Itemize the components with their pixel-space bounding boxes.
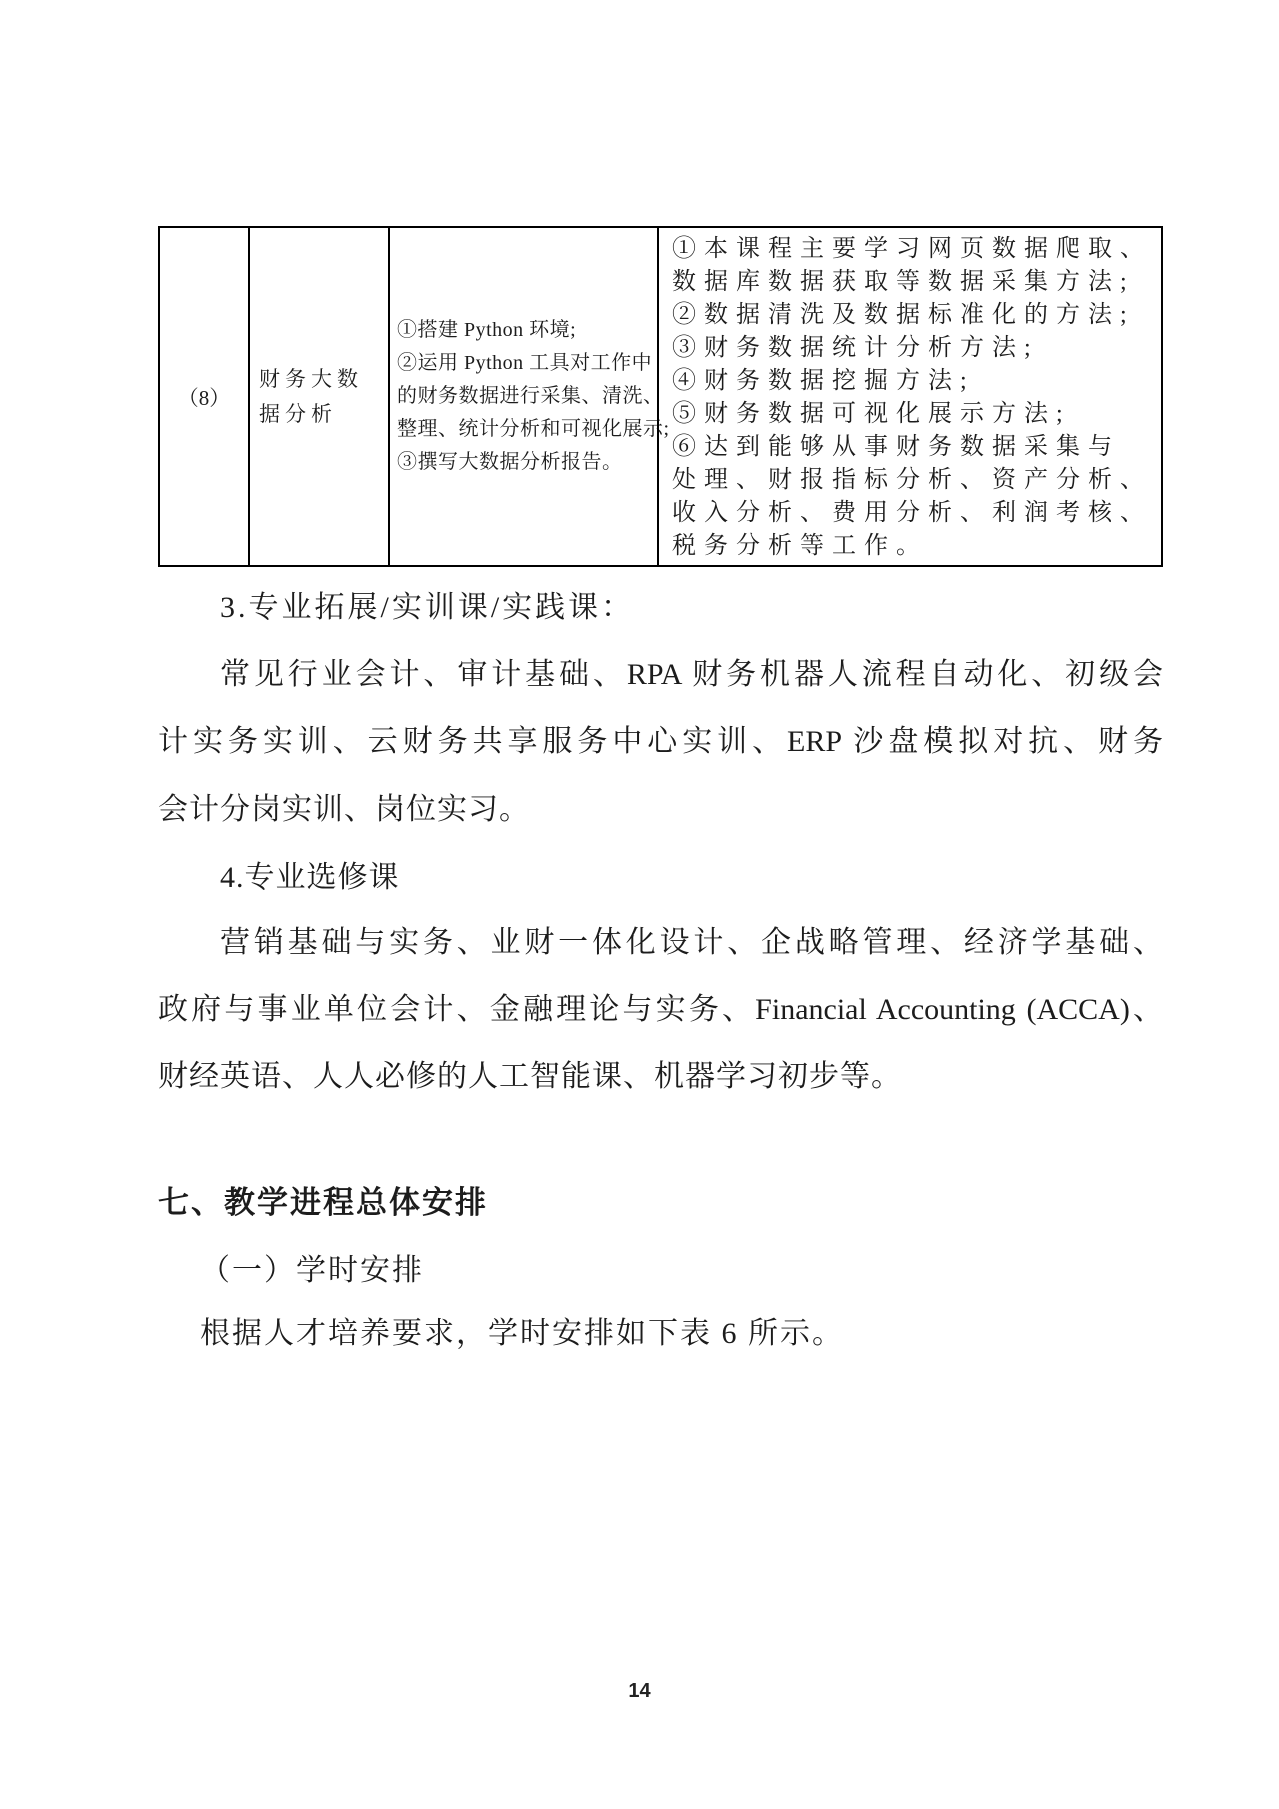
section-4-heading: 4.专业选修课 <box>158 858 1163 898</box>
table-cell-index: （8） <box>160 228 248 565</box>
section-3-heading: 3.专业拓展/实训课/实践课： <box>158 588 1163 628</box>
course-name-line: 财务大数 <box>259 362 388 397</box>
subsection-text: 根据人才培养要求，学时安排如下表 6 所示。 <box>158 1314 1163 1354</box>
row-index: （8） <box>178 382 231 412</box>
document-page: （8） 财务大数 据分析 ①搭建 Python 环境; ②运用 Python 工… <box>0 0 1279 1809</box>
table-cell-tasks: ①搭建 Python 环境; ②运用 Python 工具对工作中 的财务数据进行… <box>388 228 657 565</box>
task-line: ①搭建 Python 环境; <box>397 314 657 347</box>
course-name-line: 据分析 <box>259 397 388 432</box>
paragraph-2-line: 政府与事业单位会计、金融理论与实务、Financial Accounting (… <box>158 990 1163 1030</box>
paragraph-1-line: 常见行业会计、审计基础、RPA 财务机器人流程自动化、初级会 <box>158 655 1163 695</box>
task-line: 整理、统计分析和可视化展示; <box>397 413 657 446</box>
course-table: （8） 财务大数 据分析 ①搭建 Python 环境; ②运用 Python 工… <box>158 226 1163 567</box>
outcome-line: ④财务数据挖掘方法; <box>672 365 1157 398</box>
paragraph-2-line: 营销基础与实务、业财一体化设计、企战略管理、经济学基础、 <box>158 923 1163 963</box>
task-line: 的财务数据进行采集、清洗、 <box>397 380 657 413</box>
outcome-line: ⑥达到能够从事财务数据采集与 <box>672 431 1157 464</box>
outcome-line: 数据库数据获取等数据采集方法; <box>672 266 1157 299</box>
subsection-heading: （一）学时安排 <box>158 1251 1163 1291</box>
outcome-line: 收入分析、费用分析、利润考核、 <box>672 497 1157 530</box>
outcome-line: 处理、财报指标分析、资产分析、 <box>672 464 1157 497</box>
task-line: ③撰写大数据分析报告。 <box>397 446 657 479</box>
outcome-line: ②数据清洗及数据标准化的方法; <box>672 299 1157 332</box>
paragraph-1-line: 会计分岗实训、岗位实习。 <box>158 790 1163 830</box>
chapter-7-heading: 七、教学进程总体安排 <box>158 1183 1163 1223</box>
outcome-line: 税务分析等工作。 <box>672 530 1157 563</box>
outcome-line: ③财务数据统计分析方法; <box>672 332 1157 365</box>
paragraph-1-line: 计实务实训、云财务共享服务中心实训、ERP 沙盘模拟对抗、财务 <box>158 722 1163 762</box>
task-line: ②运用 Python 工具对工作中 <box>397 347 657 380</box>
outcome-line: ⑤财务数据可视化展示方法; <box>672 398 1157 431</box>
outcome-line: ①本课程主要学习网页数据爬取、 <box>672 233 1157 266</box>
table-cell-course-name: 财务大数 据分析 <box>248 228 388 565</box>
page-number: 14 <box>0 1680 1279 1703</box>
paragraph-2-line: 财经英语、人人必修的人工智能课、机器学习初步等。 <box>158 1057 1163 1097</box>
table-cell-outcomes: ①本课程主要学习网页数据爬取、 数据库数据获取等数据采集方法; ②数据清洗及数据… <box>657 228 1161 565</box>
